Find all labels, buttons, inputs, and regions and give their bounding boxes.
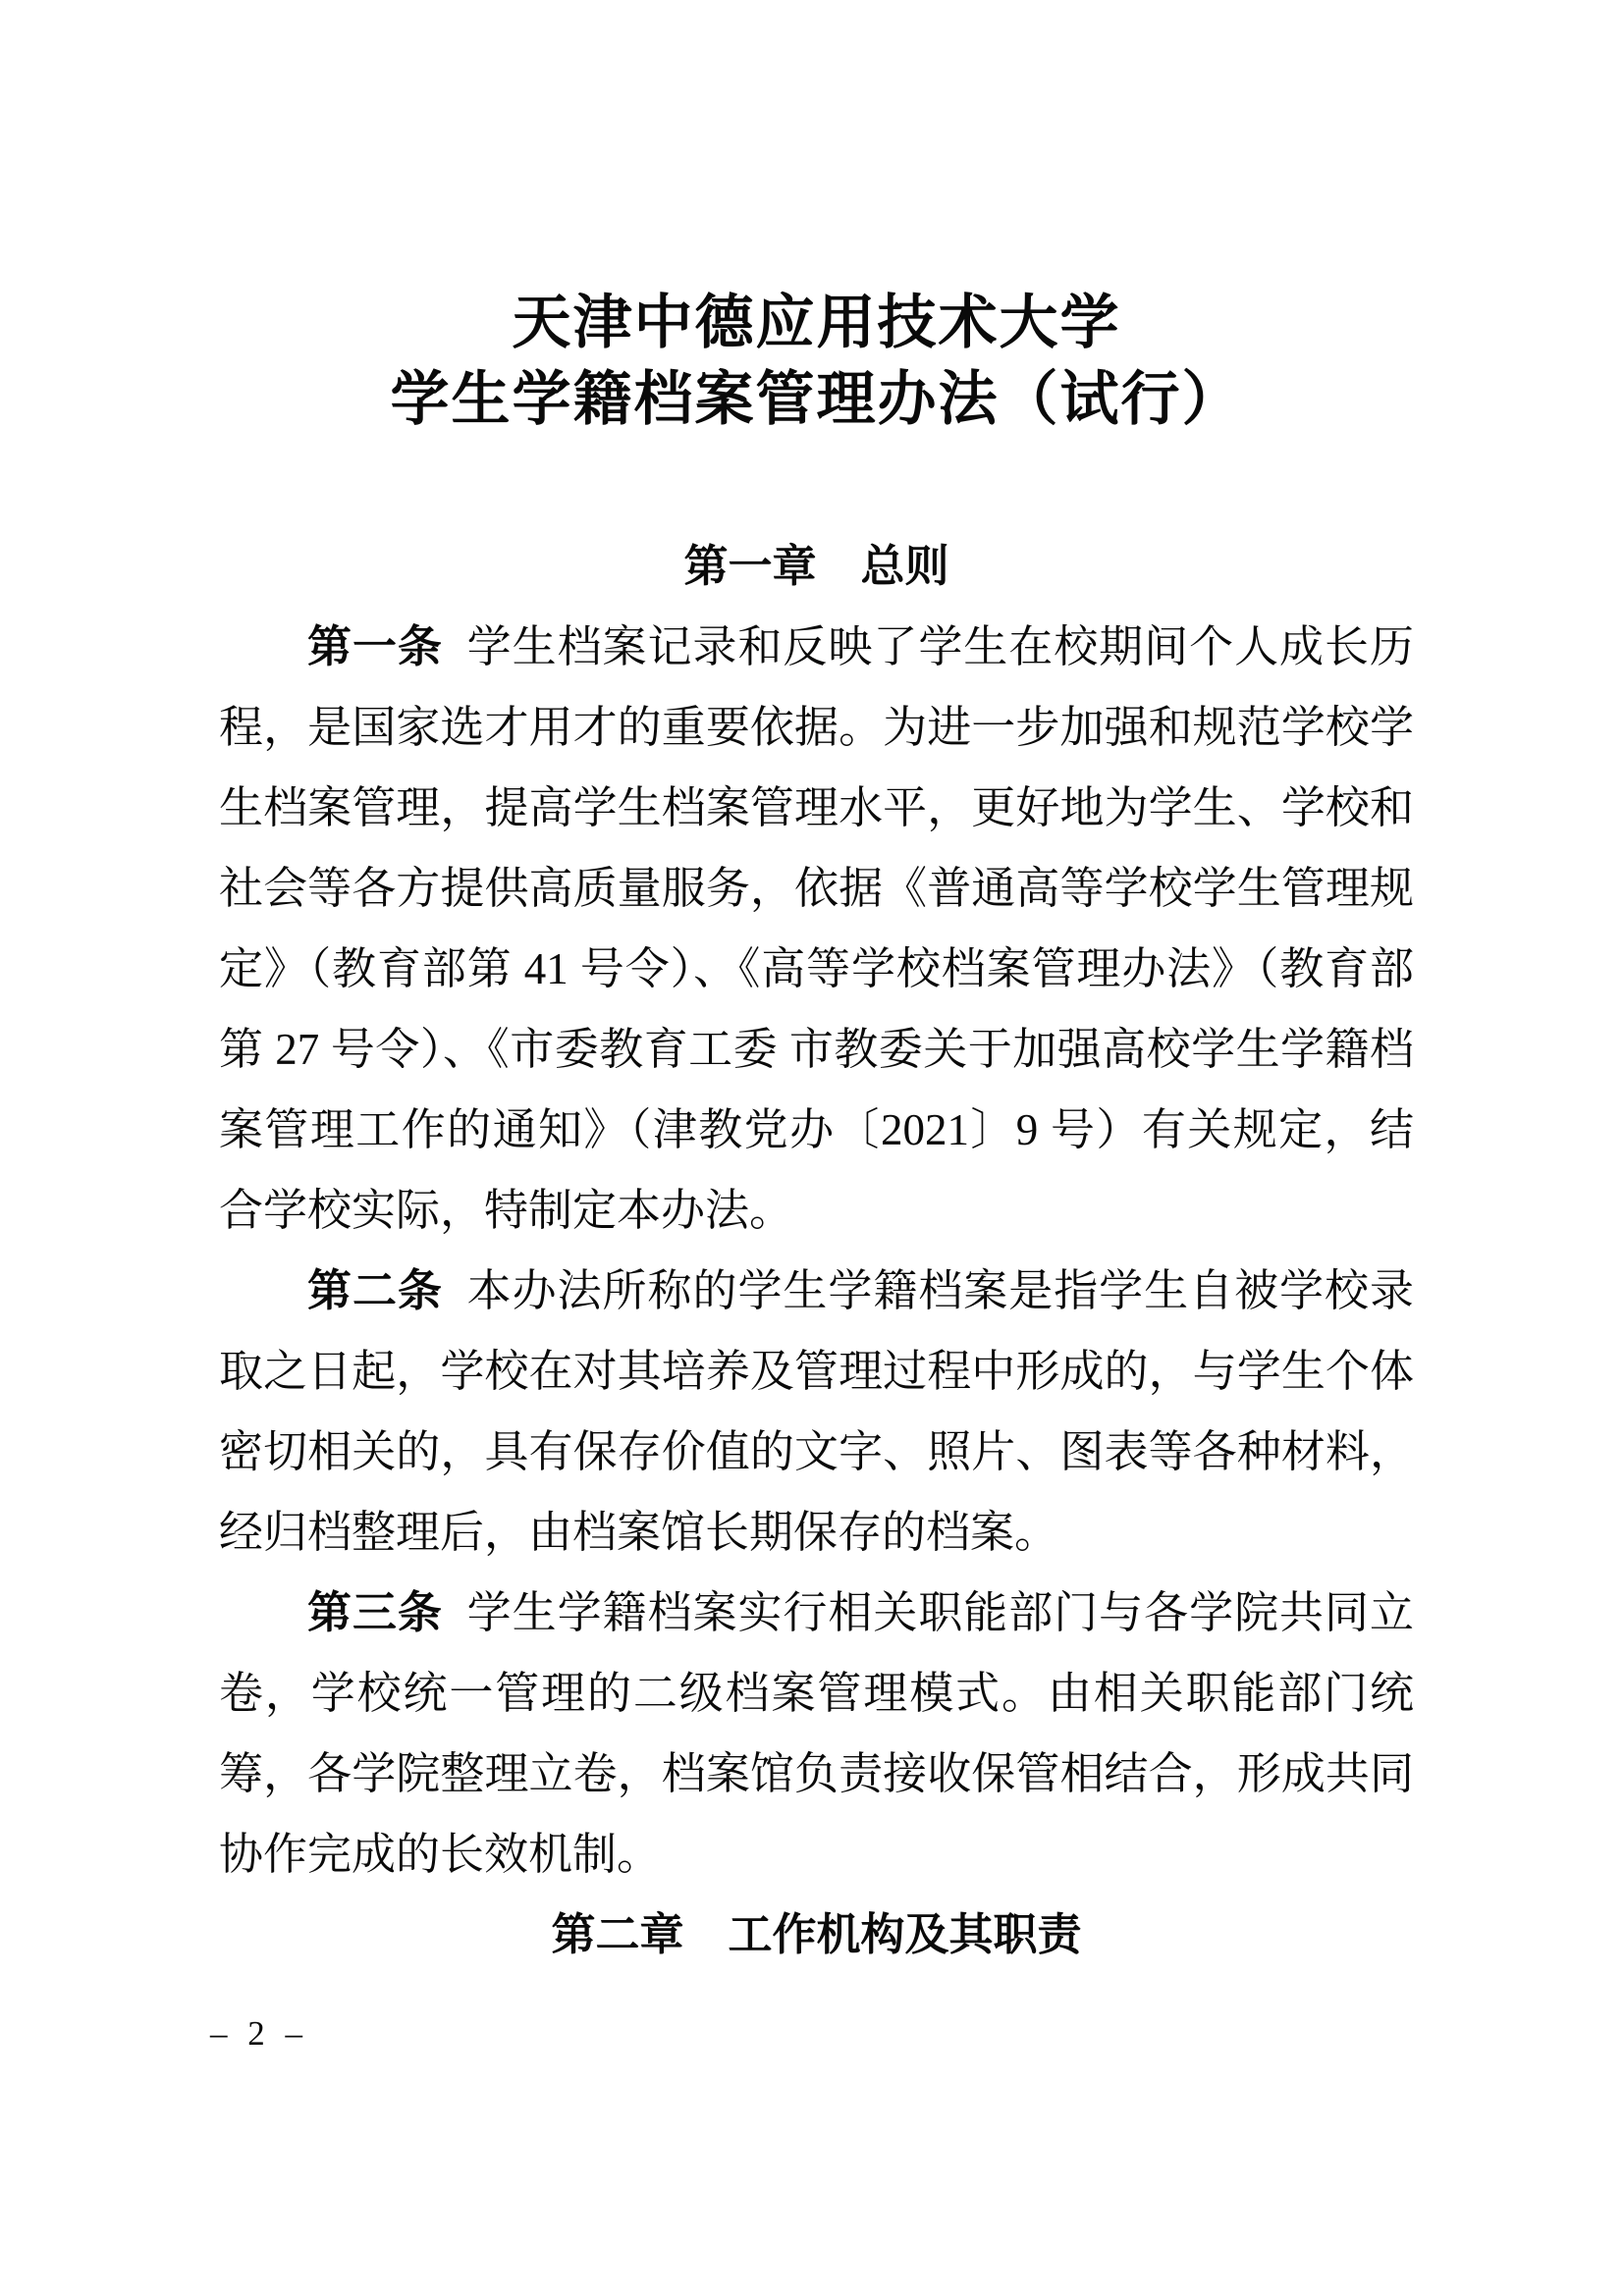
article-1-text: 学生档案记录和反映了学生在校期间个人成长历程，是国家选才用才的重要依据。为进一步… bbox=[219, 622, 1414, 1235]
document-page: 天津中德应用技术大学 学生学籍档案管理办法（试行） 第一章 总则 第一条学生档案… bbox=[0, 0, 1624, 2296]
chapter-1-heading: 第一章 总则 bbox=[219, 526, 1414, 607]
article-3-paragraph: 第三条学生学籍档案实行相关职能部门与各学院共同立卷，学校统一管理的二级档案管理模… bbox=[219, 1573, 1414, 1895]
document-content: 天津中德应用技术大学 学生学籍档案管理办法（试行） 第一章 总则 第一条学生档案… bbox=[219, 0, 1414, 1975]
article-1-paragraph: 第一条学生档案记录和反映了学生在校期间个人成长历程，是国家选才用才的重要依据。为… bbox=[219, 607, 1414, 1251]
document-title-line-2: 学生学籍档案管理办法（试行） bbox=[219, 361, 1414, 438]
article-1-label: 第一条 bbox=[307, 622, 443, 671]
article-2-label: 第二条 bbox=[307, 1266, 443, 1315]
document-title-line-1: 天津中德应用技术大学 bbox=[219, 285, 1414, 361]
article-2-paragraph: 第二条本办法所称的学生学籍档案是指学生自被学校录取之日起，学校在对其培养及管理过… bbox=[219, 1251, 1414, 1573]
document-title: 天津中德应用技术大学 学生学籍档案管理办法（试行） bbox=[219, 285, 1414, 438]
article-3-label: 第三条 bbox=[307, 1588, 443, 1637]
chapter-2-heading: 第二章 工作机构及其职责 bbox=[219, 1895, 1414, 1975]
page-number: – 2 – bbox=[210, 2014, 308, 2054]
